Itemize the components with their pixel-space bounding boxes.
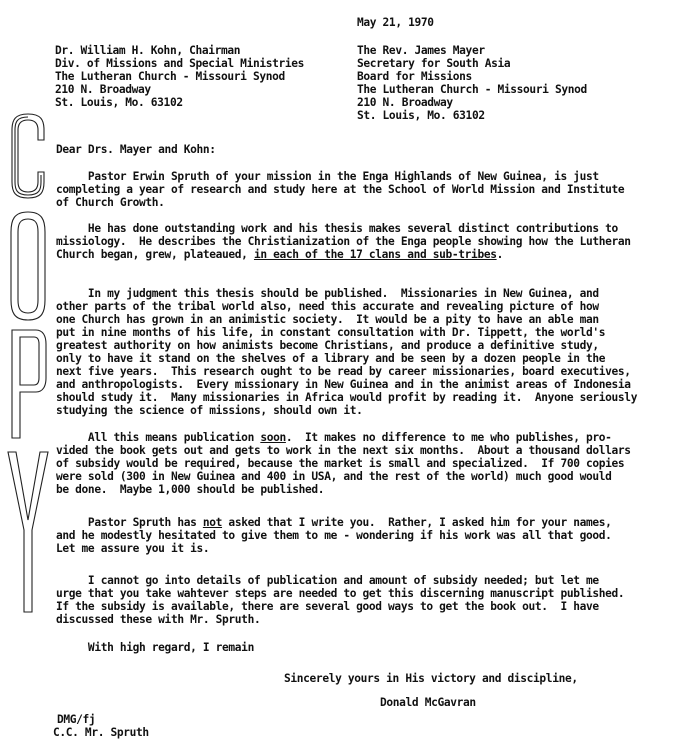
paragraph-line: All this means publication soon. It make…: [56, 431, 612, 444]
recipient-right-line: The Lutheran Church - Missouri Synod: [357, 83, 587, 96]
salutation: Dear Drs. Mayer and Kohn:: [56, 143, 216, 156]
underlined-text: in each of the 17 clans and sub-tribes: [254, 248, 497, 261]
paragraph-line: be done. Maybe 1,000 should be published…: [56, 483, 324, 496]
letter-date: May 21, 1970: [357, 16, 434, 29]
text-run: .: [497, 248, 503, 261]
recipient-right-line: Board for Missions: [357, 70, 472, 83]
stamp-letter-o: [11, 212, 45, 320]
recipient-right-line: The Rev. James Mayer: [357, 44, 485, 57]
paragraph-line: If the subsidy is available, there are s…: [56, 600, 599, 613]
paragraph-line: urge that you take wahtever steps are ne…: [56, 587, 624, 600]
recipient-left-line: 210 N. Broadway: [55, 83, 151, 96]
paragraph-line: of Church Growth.: [56, 196, 165, 209]
paragraph-line: studying the science of missions, should…: [56, 404, 363, 417]
recipient-right-line: St. Louis, Mo. 63102: [357, 109, 485, 122]
stamp-letter-p: [12, 330, 46, 438]
recipient-left-line: Dr. William H. Kohn, Chairman: [55, 44, 240, 57]
paragraph-line: In my judgment this thesis should be pub…: [56, 287, 599, 300]
paragraph-line: missiology. He describes the Christianiz…: [56, 235, 631, 248]
signature: Donald McGavran: [380, 696, 476, 709]
paragraph-line: Church began, grew, plateaued, in each o…: [56, 248, 503, 261]
paragraph-line: other parts of the tribal world also, ne…: [56, 300, 599, 313]
paragraph-line: were sold (300 in New Guinea and 400 in …: [56, 470, 612, 483]
cc-line: C.C. Mr. Spruth: [53, 726, 149, 739]
paragraph-line: vided the book gets out and gets to work…: [56, 444, 631, 457]
paragraph-line: Pastor Erwin Spruth of your mission in t…: [56, 170, 599, 183]
text-run: . It makes no difference to me who publi…: [286, 431, 612, 444]
text-run: Church began, grew, plateaued,: [56, 248, 254, 261]
recipient-left-line: St. Louis, Mo. 63102: [55, 96, 183, 109]
recipient-left-line: Div. of Missions and Special Ministries: [55, 57, 304, 70]
stamp-letter-c: [12, 114, 44, 198]
paragraph-line: Pastor Spruth has not asked that I write…: [56, 516, 612, 529]
paragraph-line: greatest authority on how animists becom…: [56, 339, 599, 352]
underlined-text: soon: [260, 431, 286, 444]
stamp-letter-y: [8, 452, 48, 612]
paragraph-line: put in nine months of his life, in const…: [56, 326, 605, 339]
paragraph-line: discussed these with Mr. Spruth.: [56, 613, 260, 626]
paragraph-line: completing a year of research and study …: [56, 183, 624, 196]
recipient-right-line: 210 N. Broadway: [357, 96, 453, 109]
paragraph-line: one Church has grown in an animistic soc…: [56, 313, 599, 326]
underlined-text: not: [203, 516, 222, 529]
paragraph-line: I cannot go into details of publication …: [56, 574, 599, 587]
recipient-right-line: Secretary for South Asia: [357, 57, 510, 70]
closing-line: With high regard, I remain: [56, 641, 254, 654]
paragraph-line: and he modestly hesitated to give them t…: [56, 529, 612, 542]
paragraph-line: only to have it stand on the shelves of …: [56, 352, 605, 365]
complimentary-close: Sincerely yours in His victory and disci…: [284, 672, 578, 685]
copy-stamp: [0, 0, 60, 749]
paragraph-line: and anthropologists. Every missionary in…: [56, 378, 631, 391]
paragraph-line: Let me assure you it is.: [56, 542, 209, 555]
paragraph-line: next five years. This research ought to …: [56, 365, 631, 378]
reference-initials: DMG/fj: [57, 713, 95, 726]
recipient-left-line: The Lutheran Church - Missouri Synod: [55, 70, 285, 83]
paragraph-line: He has done outstanding work and his the…: [56, 222, 618, 235]
text-run: Pastor Spruth has: [56, 516, 203, 529]
paragraph-line: of subsidy would be required, because th…: [56, 457, 624, 470]
text-run: asked that I write you. Rather, I asked …: [222, 516, 612, 529]
paragraph-line: should study it. Many missionaries in Af…: [56, 391, 637, 404]
text-run: All this means publication: [56, 431, 260, 444]
